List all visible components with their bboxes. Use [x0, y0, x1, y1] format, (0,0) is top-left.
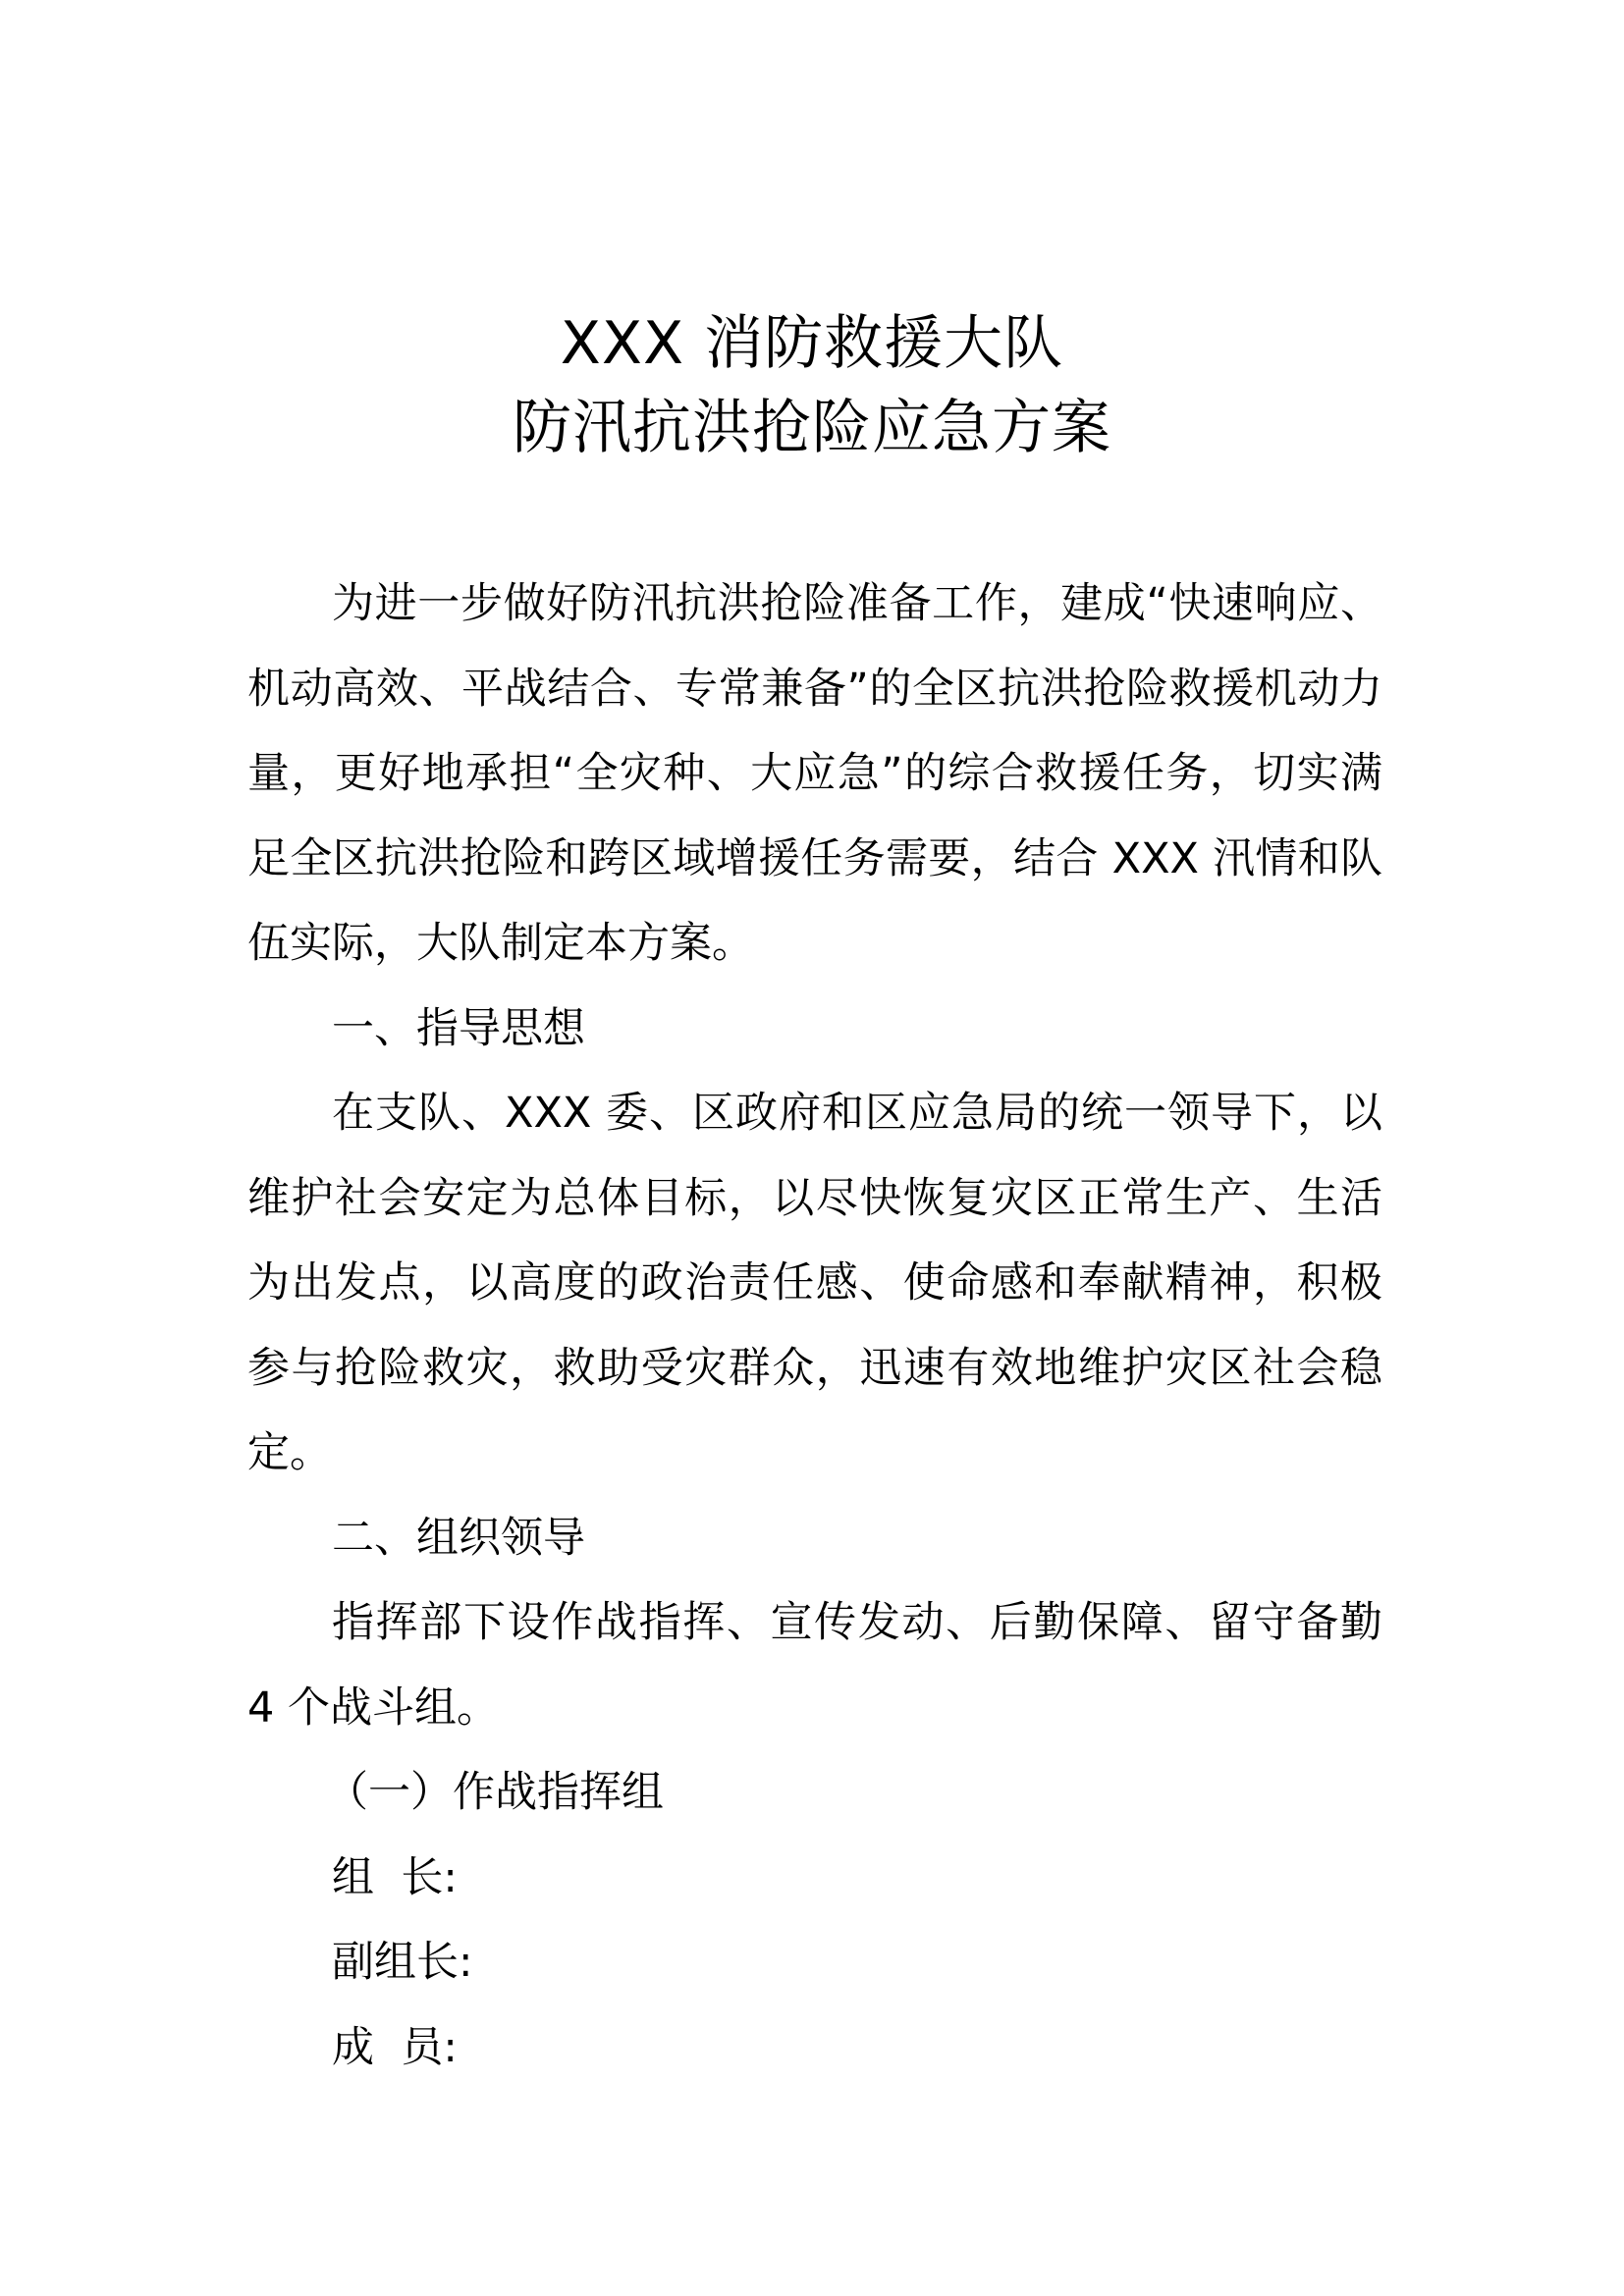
document-title-line1: XXX 消防救援大队: [0, 304, 1624, 383]
field-deputy-group-leader: 副组长:: [247, 1920, 1382, 2005]
field-label: 成 员:: [332, 2023, 458, 2072]
intro-paragraph: 为进一步做好防汛抗洪抢险准备工作，建成“快速响应、机动高效、平战结合、专常兼备”…: [247, 561, 1382, 987]
field-label: 组 长:: [332, 1853, 458, 1902]
section-heading-organization: 二、组织领导: [247, 1496, 1382, 1581]
section-paragraph-organization: 指挥部下设作战指挥、宣传发动、后勤保障、留守备勤 4 个战斗组。: [247, 1580, 1382, 1750]
section-heading-guiding-ideology: 一、指导思想: [247, 987, 1382, 1072]
document-title-line2: 防汛抗洪抢险应急方案: [0, 389, 1624, 467]
field-members: 成 员:: [247, 2005, 1382, 2091]
field-group-leader: 组 长:: [247, 1836, 1382, 1921]
document-body: 为进一步做好防汛抗洪抢险准备工作，建成“快速响应、机动高效、平战结合、专常兼备”…: [247, 561, 1382, 2090]
section-paragraph-guiding-ideology: 在支队、XXX 委、区政府和区应急局的统一领导下，以维护社会安定为总体目标，以尽…: [247, 1071, 1382, 1496]
field-label: 副组长:: [332, 1938, 473, 1987]
document-page: XXX 消防救援大队 防汛抗洪抢险应急方案 为进一步做好防汛抗洪抢险准备工作，建…: [0, 0, 1624, 2296]
subsection-heading-combat-command-group: （一）作战指挥组: [247, 1750, 1382, 1836]
